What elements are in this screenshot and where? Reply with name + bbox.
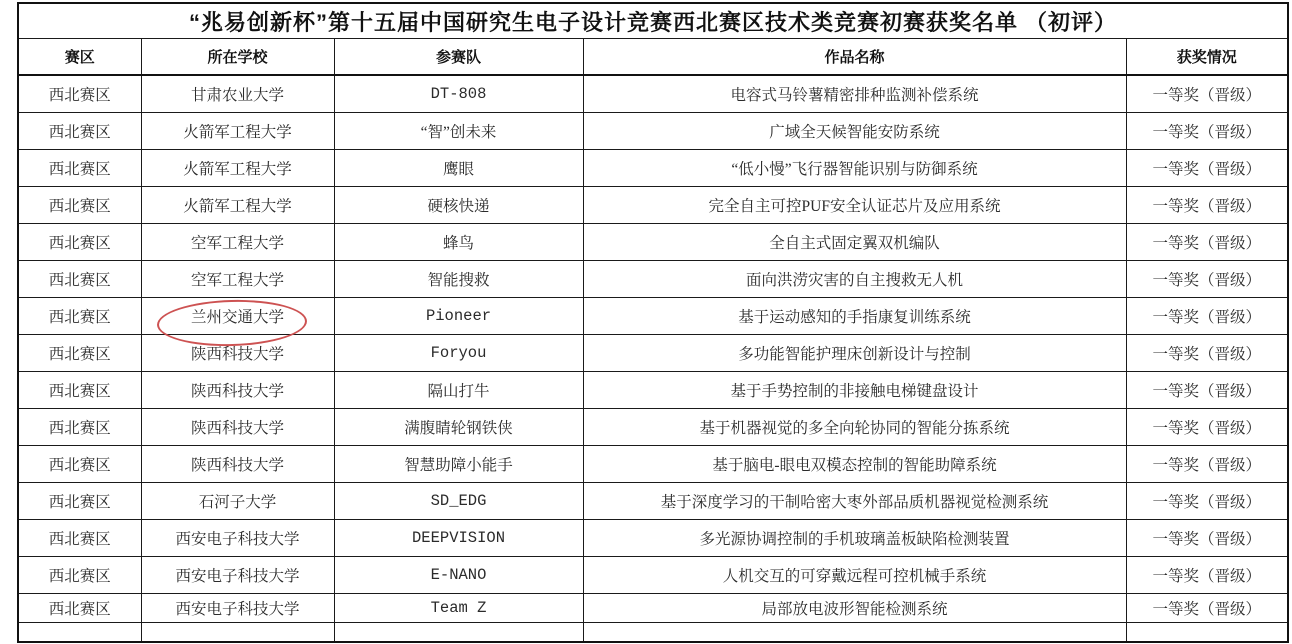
col-header-region: 赛区 [18, 39, 141, 76]
table-row: 西北赛区 甘肃农业大学 DT-808 电容式马铃薯精密排种监测补偿系统 一等奖（… [18, 75, 1288, 113]
cell-work: 电容式马铃薯精密排种监测补偿系统 [583, 75, 1126, 113]
cell-award: 一等奖（晋级） [1126, 594, 1288, 623]
table-row-partial [18, 623, 1288, 643]
cell-team: Pioneer [334, 298, 583, 335]
cell-region [18, 623, 141, 643]
cell-team: 硬核快递 [334, 187, 583, 224]
cell-work: “低小慢”飞行器智能识别与防御系统 [583, 150, 1126, 187]
title-row: “兆易创新杯”第十五届中国研究生电子设计竞赛西北赛区技术类竞赛初赛获奖名单 （初… [18, 3, 1288, 39]
table-row: 西北赛区 陕西科技大学 Foryou 多功能智能护理床创新设计与控制 一等奖（晋… [18, 335, 1288, 372]
table-row-circled: 西北赛区 兰州交通大学 Pioneer 基于运动感知的手指康复训练系统 一等奖（… [18, 298, 1288, 335]
cell-region: 西北赛区 [18, 150, 141, 187]
cell-award: 一等奖（晋级） [1126, 409, 1288, 446]
table-row: 西北赛区 陕西科技大学 满腹睛轮钢铁侠 基于机器视觉的多全向轮协同的智能分拣系统… [18, 409, 1288, 446]
cell-work: 基于手势控制的非接触电梯键盘设计 [583, 372, 1126, 409]
cell-region: 西北赛区 [18, 113, 141, 150]
table-row: 西北赛区 火箭军工程大学 “智”创未来 广域全天候智能安防系统 一等奖（晋级） [18, 113, 1288, 150]
cell-region: 西北赛区 [18, 446, 141, 483]
cell-award: 一等奖（晋级） [1126, 520, 1288, 557]
cell-team: DEEPVISION [334, 520, 583, 557]
cell-school: 陕西科技大学 [141, 372, 334, 409]
cell-team: 蜂鸟 [334, 224, 583, 261]
cell-school [141, 623, 334, 643]
cell-team: 智慧助障小能手 [334, 446, 583, 483]
table-row: 西北赛区 陕西科技大学 智慧助障小能手 基于脑电-眼电双模态控制的智能助障系统 … [18, 446, 1288, 483]
table-row: 西北赛区 火箭军工程大学 硬核快递 完全自主可控PUF安全认证芯片及应用系统 一… [18, 187, 1288, 224]
header-row: 赛区 所在学校 参赛队 作品名称 获奖情况 [18, 39, 1288, 76]
cell-award: 一等奖（晋级） [1126, 372, 1288, 409]
cell-work: 多光源协调控制的手机玻璃盖板缺陷检测装置 [583, 520, 1126, 557]
cell-school: 陕西科技大学 [141, 446, 334, 483]
cell-region: 西北赛区 [18, 298, 141, 335]
cell-award [1126, 623, 1288, 643]
cell-award: 一等奖（晋级） [1126, 113, 1288, 150]
cell-region: 西北赛区 [18, 520, 141, 557]
cell-school: 火箭军工程大学 [141, 187, 334, 224]
table-row: 西北赛区 石河子大学 SD_EDG 基于深度学习的干制哈密大枣外部品质机器视觉检… [18, 483, 1288, 520]
cell-region: 西北赛区 [18, 224, 141, 261]
cell-region: 西北赛区 [18, 187, 141, 224]
cell-school: 空军工程大学 [141, 224, 334, 261]
cell-team [334, 623, 583, 643]
cell-region: 西北赛区 [18, 594, 141, 623]
cell-work: 多功能智能护理床创新设计与控制 [583, 335, 1126, 372]
col-header-work: 作品名称 [583, 39, 1126, 76]
cell-award: 一等奖（晋级） [1126, 224, 1288, 261]
cell-team: 智能搜救 [334, 261, 583, 298]
cell-team: 鹰眼 [334, 150, 583, 187]
cell-award: 一等奖（晋级） [1126, 187, 1288, 224]
cell-region: 西北赛区 [18, 75, 141, 113]
cell-work: 基于机器视觉的多全向轮协同的智能分拣系统 [583, 409, 1126, 446]
cell-team: Team Z [334, 594, 583, 623]
col-header-award: 获奖情况 [1126, 39, 1288, 76]
cell-school: 陕西科技大学 [141, 409, 334, 446]
cell-award: 一等奖（晋级） [1126, 298, 1288, 335]
cell-school: 火箭军工程大学 [141, 113, 334, 150]
cell-team: SD_EDG [334, 483, 583, 520]
table-row: 西北赛区 空军工程大学 智能搜救 面向洪涝灾害的自主搜救无人机 一等奖（晋级） [18, 261, 1288, 298]
table-row: 西北赛区 火箭军工程大学 鹰眼 “低小慢”飞行器智能识别与防御系统 一等奖（晋级… [18, 150, 1288, 187]
cell-team: E-NANO [334, 557, 583, 594]
cell-region: 西北赛区 [18, 557, 141, 594]
cell-school-circled: 兰州交通大学 [141, 298, 334, 335]
cell-work: 基于脑电-眼电双模态控制的智能助障系统 [583, 446, 1126, 483]
cell-work: 基于深度学习的干制哈密大枣外部品质机器视觉检测系统 [583, 483, 1126, 520]
cell-team: Foryou [334, 335, 583, 372]
cell-region: 西北赛区 [18, 261, 141, 298]
table-row: 西北赛区 西安电子科技大学 Team Z 局部放电波形智能检测系统 一等奖（晋级… [18, 594, 1288, 623]
cell-team: 隔山打牛 [334, 372, 583, 409]
cell-work: 全自主式固定翼双机编队 [583, 224, 1126, 261]
cell-school: 火箭军工程大学 [141, 150, 334, 187]
cell-region: 西北赛区 [18, 335, 141, 372]
cell-region: 西北赛区 [18, 409, 141, 446]
cell-work: 完全自主可控PUF安全认证芯片及应用系统 [583, 187, 1126, 224]
table-row: 西北赛区 西安电子科技大学 DEEPVISION 多光源协调控制的手机玻璃盖板缺… [18, 520, 1288, 557]
col-header-school: 所在学校 [141, 39, 334, 76]
cell-work: 面向洪涝灾害的自主搜救无人机 [583, 261, 1126, 298]
cell-award: 一等奖（晋级） [1126, 557, 1288, 594]
cell-award: 一等奖（晋级） [1126, 261, 1288, 298]
table-row: 西北赛区 陕西科技大学 隔山打牛 基于手势控制的非接触电梯键盘设计 一等奖（晋级… [18, 372, 1288, 409]
cell-award: 一等奖（晋级） [1126, 150, 1288, 187]
cell-school: 石河子大学 [141, 483, 334, 520]
cell-award: 一等奖（晋级） [1126, 335, 1288, 372]
cell-region: 西北赛区 [18, 372, 141, 409]
cell-award: 一等奖（晋级） [1126, 483, 1288, 520]
cell-award: 一等奖（晋级） [1126, 446, 1288, 483]
table-row: 西北赛区 空军工程大学 蜂鸟 全自主式固定翼双机编队 一等奖（晋级） [18, 224, 1288, 261]
cell-school: 空军工程大学 [141, 261, 334, 298]
cell-work: 人机交互的可穿戴远程可控机械手系统 [583, 557, 1126, 594]
cell-school: 西安电子科技大学 [141, 520, 334, 557]
col-header-team: 参赛队 [334, 39, 583, 76]
table-row: 西北赛区 西安电子科技大学 E-NANO 人机交互的可穿戴远程可控机械手系统 一… [18, 557, 1288, 594]
cell-work: 基于运动感知的手指康复训练系统 [583, 298, 1126, 335]
cell-school: 西安电子科技大学 [141, 594, 334, 623]
cell-work: 局部放电波形智能检测系统 [583, 594, 1126, 623]
award-list-table: “兆易创新杯”第十五届中国研究生电子设计竞赛西北赛区技术类竞赛初赛获奖名单 （初… [17, 2, 1289, 643]
cell-team: 满腹睛轮钢铁侠 [334, 409, 583, 446]
document-title: “兆易创新杯”第十五届中国研究生电子设计竞赛西北赛区技术类竞赛初赛获奖名单 （初… [18, 3, 1288, 39]
cell-award: 一等奖（晋级） [1126, 75, 1288, 113]
cell-school: 甘肃农业大学 [141, 75, 334, 113]
cell-region: 西北赛区 [18, 483, 141, 520]
cell-work [583, 623, 1126, 643]
cell-team: DT-808 [334, 75, 583, 113]
cell-school: 西安电子科技大学 [141, 557, 334, 594]
cell-work: 广域全天候智能安防系统 [583, 113, 1126, 150]
cell-school: 陕西科技大学 [141, 335, 334, 372]
cell-team: “智”创未来 [334, 113, 583, 150]
